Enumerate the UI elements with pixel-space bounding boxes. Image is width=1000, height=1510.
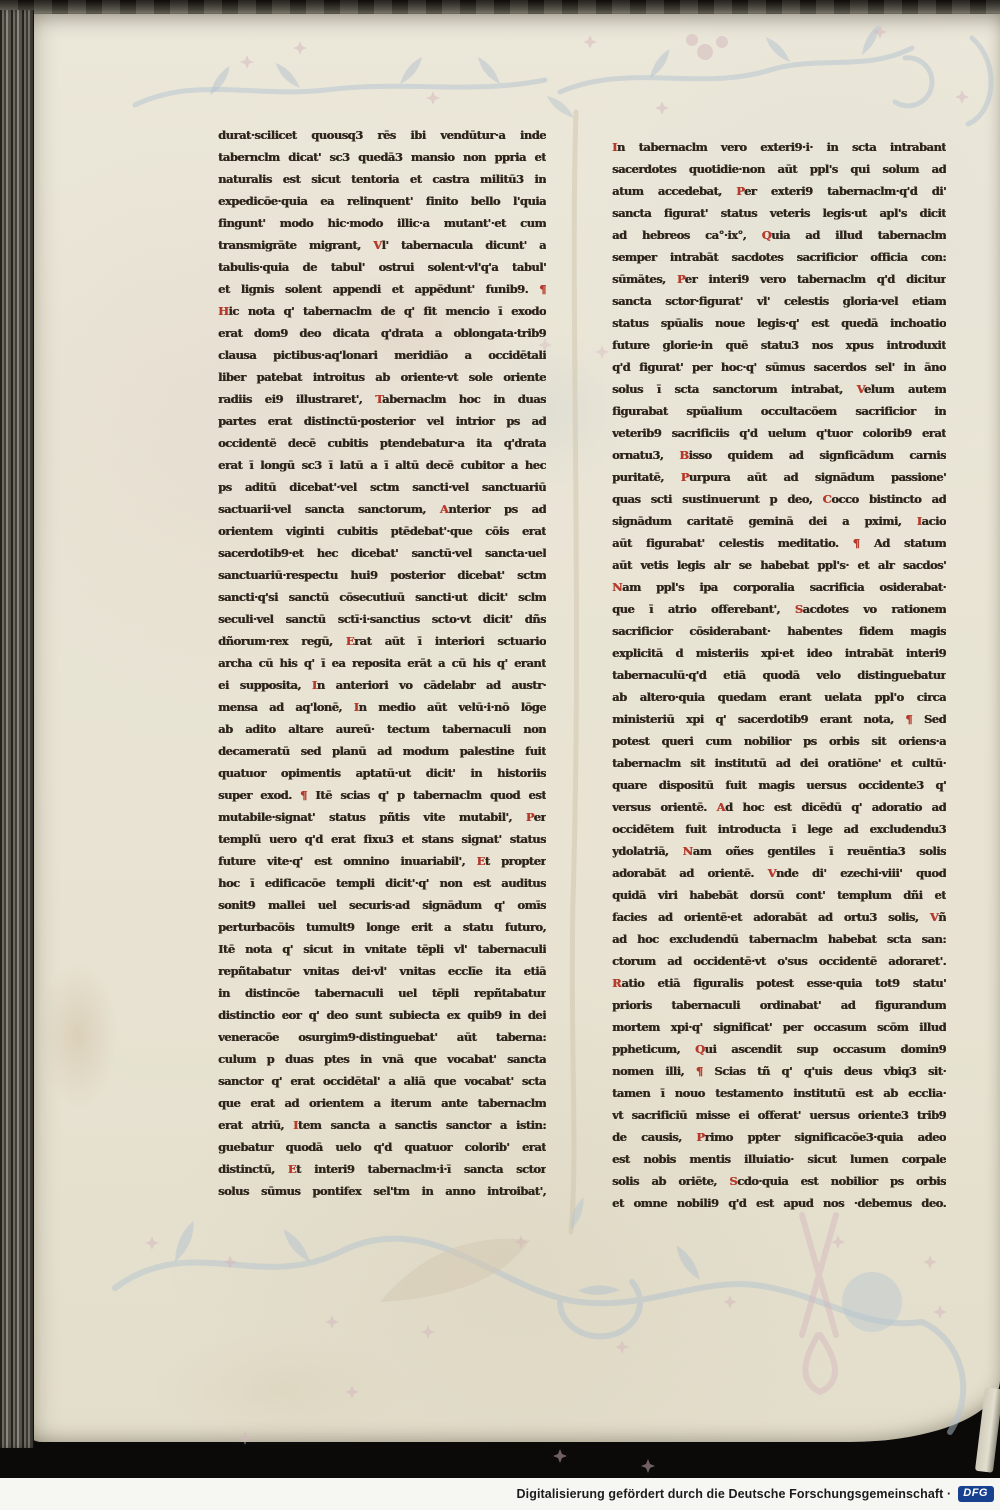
manuscript-line: sanctor q' erat occidētal' a aliā que vo… <box>218 1070 546 1092</box>
rubric-mark: P <box>681 470 689 484</box>
manuscript-line: ab altero·quia quedam erant uelata ppl'o… <box>612 686 946 708</box>
rubric-mark: E <box>476 854 484 868</box>
manuscript-line: figurabat spūalium occultacōem sacrifici… <box>612 400 946 422</box>
manuscript-line: guebatur quodā uelo q'd quatuor colorib'… <box>218 1136 546 1158</box>
manuscript-line: sanctuariū·respectu hui9 posterior diceb… <box>218 564 546 586</box>
rubric-mark: I <box>293 1118 298 1132</box>
manuscript-line: et lignis solent appendi et appēdunt' fu… <box>218 278 546 300</box>
manuscript-scan-page: durat·scilicet quousq3 rēs ibi vendūtur·… <box>0 0 1000 1510</box>
manuscript-line: sancti·q'si sanctū cōsecutiuū sancti·ut … <box>218 586 546 608</box>
manuscript-line: Ratio etiā figuralis potest esse·quia to… <box>612 972 946 994</box>
rubric-mark: P <box>526 810 534 824</box>
manuscript-line: ps aditū dicebat'·vel sctm sancti·vel sa… <box>218 476 546 498</box>
manuscript-line: templū uero q'd erat fixu3 et stans sign… <box>218 828 546 850</box>
rubric-mark: V <box>373 238 381 252</box>
rubric-mark: P <box>736 184 744 198</box>
manuscript-line: perturbacōis tumult9 longe erit a statu … <box>218 916 546 938</box>
rubric-mark: A <box>440 502 448 516</box>
manuscript-line: veneracōe osurgim9·distinguebat' aūt tab… <box>218 1026 546 1048</box>
rubric-mark: R <box>612 976 621 990</box>
manuscript-line: semper intrabāt sacdotes sacrificior off… <box>612 246 946 268</box>
manuscript-line: facies ad orientē·et adorabāt ad ortu3 s… <box>612 906 946 928</box>
manuscript-line: q'd figurat' per hoc·q' sūmus sacerdos s… <box>612 356 946 378</box>
manuscript-line: expedicōe·quia ea relinquent' finito bel… <box>218 190 546 212</box>
manuscript-line: sūmātes, Per interi9 vero tabernaclm q'd… <box>612 268 946 290</box>
manuscript-line: durat·scilicet quousq3 rēs ibi vendūtur·… <box>218 124 546 146</box>
manuscript-line: seculi·vel sanctū sctī·i·sanctius scto·v… <box>218 608 546 630</box>
manuscript-line: status spūalis noue legis·q' est quedā i… <box>612 312 946 334</box>
rubric-mark: P <box>677 272 685 286</box>
manuscript-line: ctorum ad occidentē·vt o'sus occidentē a… <box>612 950 946 972</box>
manuscript-line: que ī atrio offerebant', Sacdotes vo rat… <box>612 598 946 620</box>
manuscript-line: et omne nobili9 q'd est apud nos ·debemu… <box>612 1192 946 1214</box>
manuscript-line: veterib9 sacrificiis q'd uelum q'tuor co… <box>612 422 946 444</box>
manuscript-line: orientem viginti cubitis ptēdebat'·que c… <box>218 520 546 542</box>
manuscript-line: sacerdotib9·et hec dicebat' sanctū·vel s… <box>218 542 546 564</box>
manuscript-line: quatuor opimentis aptatū·ut dicit' in hi… <box>218 762 546 784</box>
manuscript-line: In tabernaclm vero exteri9·i· in scta in… <box>612 136 946 158</box>
manuscript-line: clausa pictibus·aq'lonari meridiāo a occ… <box>218 344 546 366</box>
manuscript-line: aūt figurabat' celestis meditatio. ¶ Ad … <box>612 532 946 554</box>
rubric-mark: I <box>612 140 617 154</box>
text-column-left: durat·scilicet quousq3 rēs ibi vendūtur·… <box>218 124 546 1202</box>
manuscript-line: transmigrāte migrant, Vl' tabernacula di… <box>218 234 546 256</box>
rubric-mark: E <box>346 634 354 648</box>
book-page-edges-left <box>0 10 34 1448</box>
manuscript-line: partes erat distinctū·posterior vel intr… <box>218 410 546 432</box>
dfg-logo: DFG <box>958 1486 994 1502</box>
manuscript-line: prioris tabernaculi ordinabat' ad figura… <box>612 994 946 1016</box>
manuscript-line: tabulis·quia de tabul' ostrui solent·vl'… <box>218 256 546 278</box>
manuscript-line: radiis ei9 illustraret', Tabernaclm hoc … <box>218 388 546 410</box>
manuscript-line: dñorum·rex regū, Erat aūt ī interiori sc… <box>218 630 546 652</box>
manuscript-line: Hic nota q' tabernaclm de q' fit mencio … <box>218 300 546 322</box>
manuscript-line: de causis, Primo ppter significacōe3·qui… <box>612 1126 946 1148</box>
rubric-mark: N <box>683 844 693 858</box>
rubric-mark: I <box>354 700 359 714</box>
manuscript-line: culum p duas ptes in vnā que vocabat' sa… <box>218 1048 546 1070</box>
manuscript-line: quare dispositū fuit magis uersus occide… <box>612 774 946 796</box>
manuscript-line: signādum caritatē geminā dei a pximi, Ia… <box>612 510 946 532</box>
manuscript-line: erat atriū, Item sancta a sanctis sancto… <box>218 1114 546 1136</box>
manuscript-line: distinctio eor q' deo sunt subiecta ex q… <box>218 1004 546 1026</box>
manuscript-line: adorabāt ad orientē. Vnde di' ezechi·vii… <box>612 862 946 884</box>
manuscript-line: ad hebreos ca°·ix°, Quia ad illud tabern… <box>612 224 946 246</box>
manuscript-line: potest queri cum nobilior ps orbis sit o… <box>612 730 946 752</box>
manuscript-line: Itē nota q' sicut in vnitate tēpli vl' t… <box>218 938 546 960</box>
manuscript-line: sancta sctor·figurat' vl' celestis glori… <box>612 290 946 312</box>
manuscript-line: atum accedebat, Per exteri9 tabernaclm·q… <box>612 180 946 202</box>
manuscript-line: naturalis est sicut tentoria et castra m… <box>218 168 546 190</box>
manuscript-line: que erat ad orientem a iterum ante taber… <box>218 1092 546 1114</box>
manuscript-line: ornatu3, Bisso quidem ad signficādum car… <box>612 444 946 466</box>
rubric-mark: ¶ <box>300 788 307 802</box>
rubric-mark: Q <box>762 228 772 242</box>
manuscript-line: mortem xpi·q' significat' per occasum sc… <box>612 1016 946 1038</box>
manuscript-line: mensa ad aq'lonē, In medio aūt velū·i·nō… <box>218 696 546 718</box>
manuscript-line: tamen ī nouo testamento institutū est ab… <box>612 1082 946 1104</box>
manuscript-line: solus ī scta sanctorum intrabat, Velum a… <box>612 378 946 400</box>
rubric-mark: H <box>218 304 228 318</box>
manuscript-line: in distincōe tabernaculi uel tēpli repñt… <box>218 982 546 1004</box>
manuscript-line: aūt vetis legis alr se habebat ppl's· et… <box>612 554 946 576</box>
manuscript-line: sacrificior cōsiderabant· habentes fidem… <box>612 620 946 642</box>
manuscript-line: occidētem fuit introducta ī lege ad excl… <box>612 818 946 840</box>
rubric-mark: B <box>679 448 688 462</box>
manuscript-line: ei supposita, In anteriori vo cādelabr a… <box>218 674 546 696</box>
manuscript-line: Nam ppl's ipa corporalia sacrificia osid… <box>612 576 946 598</box>
rubric-mark: N <box>612 580 622 594</box>
rubric-mark: I <box>312 678 317 692</box>
rubric-mark: V <box>767 866 775 880</box>
manuscript-line: future glorie·in quē statu3 nos xpus int… <box>612 334 946 356</box>
manuscript-line: sacerdotes quotidie·non aūt ppl's qui so… <box>612 158 946 180</box>
manuscript-line: ydolatriā, Nam oñes gentiles ī reuēntia3… <box>612 840 946 862</box>
manuscript-line: versus orientē. Ad hoc est dicēdū q' ado… <box>612 796 946 818</box>
manuscript-line: ab adito altare aureū· tectum tabernacul… <box>218 718 546 740</box>
manuscript-line: nomen illi, ¶ Scias tñ q' q'uis deus vbi… <box>612 1060 946 1082</box>
manuscript-line: explicitā d misteriis xpi·et ideo intrab… <box>612 642 946 664</box>
rubric-mark: ¶ <box>696 1064 703 1078</box>
rubric-mark: ¶ <box>905 712 912 726</box>
manuscript-line: ministeriū xpi q' sacerdotib9 erant nota… <box>612 708 946 730</box>
rubric-mark: E <box>288 1162 296 1176</box>
manuscript-line: erat dom9 deo dicata q'drata a oblongata… <box>218 322 546 344</box>
rubric-mark: V <box>856 382 863 396</box>
rubric-mark: C <box>823 492 832 506</box>
manuscript-line: puritatē, Purpura aūt ad signādum passio… <box>612 466 946 488</box>
manuscript-line: ppheticum, Qui ascendit sup occasum domi… <box>612 1038 946 1060</box>
manuscript-line: quas scti sustinuerunt p deo, Cocco bist… <box>612 488 946 510</box>
manuscript-line: sonit9 mallei uel securis·ad signādum q'… <box>218 894 546 916</box>
manuscript-line: fingunt' modo hic·modo illic·a mutant'·e… <box>218 212 546 234</box>
rubric-mark: V <box>930 910 938 924</box>
manuscript-line: tabernaculū·q'd etiā quodā velo distingu… <box>612 664 946 686</box>
rubric-mark: S <box>795 602 803 616</box>
manuscript-line: quidā viri habebāt dorsū cont' templum d… <box>612 884 946 906</box>
manuscript-line: sancta figurat' status veteris legis·ut … <box>612 202 946 224</box>
rubric-mark: A <box>717 800 725 814</box>
manuscript-line: super exod. ¶ Itē scias q' p tabernaclm … <box>218 784 546 806</box>
digitization-credit-bar: Digitalisierung gefördert durch die Deut… <box>0 1478 1000 1510</box>
manuscript-line: hoc ī edificacōe templi dicit'·q' non es… <box>218 872 546 894</box>
rubric-mark: T <box>375 392 382 406</box>
manuscript-line: vt sacrificiū misse ei offerat' uersus o… <box>612 1104 946 1126</box>
manuscript-line: solis ab oriēte, Scdo·quia est nobilior … <box>612 1170 946 1192</box>
manuscript-line: liber patebat introitus ab oriente·vt so… <box>218 366 546 388</box>
manuscript-line: tabernclm dicat' sc3 quedā3 mansio non p… <box>218 146 546 168</box>
manuscript-line: repñtabatur vnitas dei·vl' vnitas ecclīe… <box>218 960 546 982</box>
credit-text: Digitalisierung gefördert durch die Deut… <box>517 1487 952 1501</box>
manuscript-line: sactuarii·vel sancta sanctorum, Anterior… <box>218 498 546 520</box>
text-column-right: In tabernaclm vero exteri9·i· in scta in… <box>612 136 946 1214</box>
rubric-mark: P <box>696 1130 704 1144</box>
manuscript-line: occidentē decē cubitis ptendebatur·a ita… <box>218 432 546 454</box>
rubric-mark: ¶ <box>853 536 860 550</box>
manuscript-line: erat ī longū sc3 ī latū a ī altū decē cu… <box>218 454 546 476</box>
rubric-mark: I <box>917 514 922 528</box>
manuscript-line: tabernaclm sit institutū ad dei oratiōne… <box>612 752 946 774</box>
manuscript-line: solus sūmus pontifex sel'tm in anno intr… <box>218 1180 546 1202</box>
manuscript-line: archa cū his q' ī ea reposita erāt a cū … <box>218 652 546 674</box>
manuscript-line: est nobis mentis illuiatio· sicut lumen … <box>612 1148 946 1170</box>
manuscript-line: decameratū sed planū ad modum palestine … <box>218 740 546 762</box>
rubric-mark: Q <box>695 1042 705 1056</box>
manuscript-line: mutabile·signat' status pñtis vite mutab… <box>218 806 546 828</box>
manuscript-line: future vite·q' est omnino inuariabil', E… <box>218 850 546 872</box>
rubric-mark: S <box>729 1174 737 1188</box>
rubric-mark: ¶ <box>539 282 546 296</box>
manuscript-line: distinctū, Et interi9 tabernaclm·i·ī san… <box>218 1158 546 1180</box>
manuscript-line: ad hoc excludendū tabernaclm habebat sct… <box>612 928 946 950</box>
